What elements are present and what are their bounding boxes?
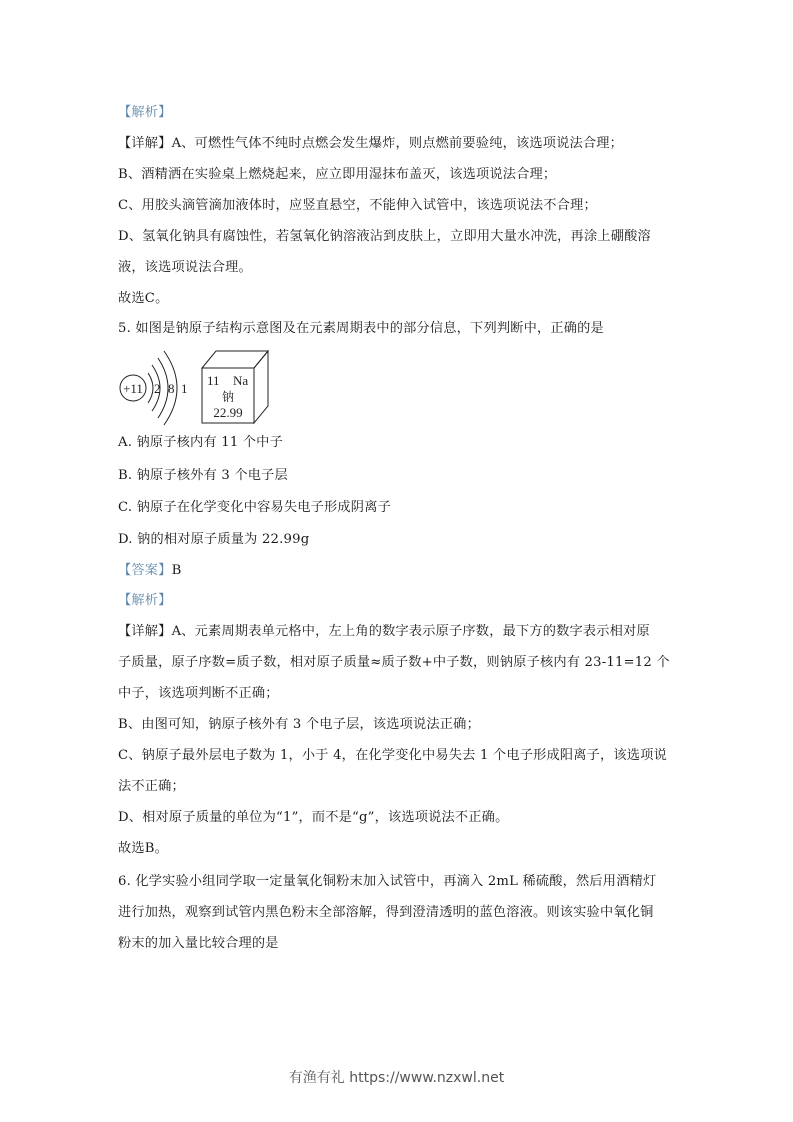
detail-line-c: C、用胶头滴管滴加液体时，应竖直悬空，不能伸入试管中，该选项说法不合理； — [118, 198, 597, 214]
answer-tag: 【答案】 — [118, 563, 172, 578]
analysis-tag: 【解析】 — [118, 105, 172, 121]
answer-value: B — [172, 563, 182, 578]
q5-detail-line-1: 【详解】A、元素周期表单元格中，左上角的数字表示原子序数，最下方的数字表示相对原 — [118, 624, 650, 640]
option-d: D. 钠的相对原子质量为 22.99g — [118, 532, 309, 548]
question-6-line-3: 粉末的加入量比较合理的是 — [118, 936, 279, 952]
analysis-tag-q5: 【解析】 — [118, 593, 172, 609]
footer-watermark: 有渔有礼 https://www.nzxwl.net — [0, 1067, 793, 1087]
q5-detail-line-5: C、钠原子最外层电子数为 1，小于 4，在化学变化中易失去 1 个电子形成阳离子… — [118, 748, 667, 764]
element-symbol: Na — [233, 373, 248, 388]
detail-line-a: 【详解】A、可燃性气体不纯时点燃会发生爆炸，则点燃前要验纯，该选项说法合理； — [118, 136, 623, 152]
atomic-mass: 22.99 — [213, 405, 242, 420]
option-b: B. 钠原子核外有 3 个电子层 — [118, 468, 288, 484]
atomic-number: 11 — [207, 373, 220, 388]
shell-2-count: 8 — [168, 381, 175, 396]
option-c: C. 钠原子在化学变化中容易失电子形成阴离子 — [118, 500, 391, 516]
q5-detail-line-4: B、由图可知，钠原子核外有 3 个电子层，该选项说法正确； — [118, 717, 480, 733]
q5-detail-line-7: D、相对原子质量的单位为“1”，而不是“g”，该选项说法不正确。 — [118, 810, 508, 826]
detail-tag-q5: 【详解】 — [118, 624, 172, 639]
detail-line-b: B、酒精洒在实验桌上燃烧起来，应立即用湿抹布盖灭，该选项说法合理； — [118, 167, 556, 183]
question-6-line-2: 进行加热，观察到试管内黑色粉末全部溶解，得到澄清透明的蓝色溶液。则该实验中氧化铜 — [118, 905, 654, 921]
nucleus-charge: +11 — [123, 381, 143, 396]
q5-detail-line-6: 法不正确； — [118, 779, 185, 795]
shell-3-count: 1 — [181, 381, 188, 396]
conclusion: 故选C。 — [118, 291, 168, 307]
question-6-line-1: 6. 化学实验小组同学取一定量氧化铜粉末加入试管中，再滴入 2mL 稀硫酸，然后… — [118, 874, 656, 890]
q5-detail-line-2: 子质量，原子序数=质子数，相对原子质量≈质子数+中子数，则钠原子核内有 23-1… — [118, 655, 670, 671]
detail-tag: 【详解】 — [118, 136, 172, 151]
detail-line-d: D、氢氧化钠具有腐蚀性，若氢氧化钠溶液沾到皮肤上，立即用大量水冲洗，再涂上硼酸溶 — [118, 229, 651, 245]
detail-line-d-cont: 液，该选项说法合理。 — [118, 260, 252, 276]
atom-structure-icon: +11 2 8 1 11 Na 钠 22.99 — [116, 348, 276, 428]
sodium-atom-diagram: +11 2 8 1 11 Na 钠 22.99 — [116, 348, 276, 428]
element-name: 钠 — [222, 389, 234, 404]
option-a: A. 钠原子核内有 11 个中子 — [118, 435, 283, 451]
shell-1-count: 2 — [154, 381, 161, 396]
q5-detail-line-3: 中子，该选项判断不正确； — [118, 686, 279, 702]
answer-line: 【答案】B — [118, 563, 181, 579]
question-5-stem: 5. 如图是钠原子结构示意图及在元素周期表中的部分信息，下列判断中，正确的是 — [118, 321, 604, 337]
q5-conclusion: 故选B。 — [118, 841, 168, 857]
